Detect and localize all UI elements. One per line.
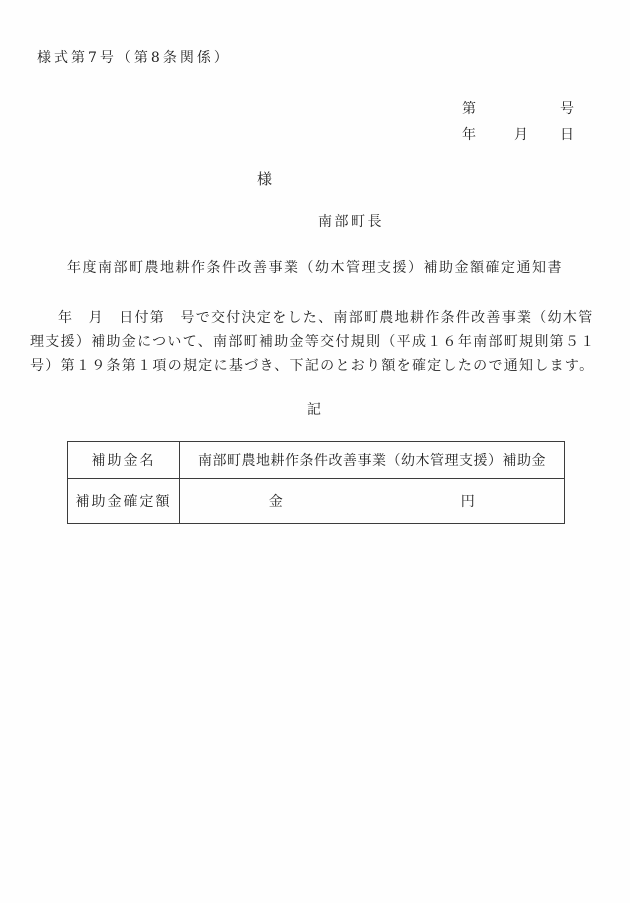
table-row: 補助金確定額 金 円 bbox=[68, 479, 565, 524]
subsidy-table: 補助金名 南部町農地耕作条件改善事業（幼木管理支援）補助金 補助金確定額 金 円 bbox=[67, 441, 565, 524]
row-label-cell: 補助金名 bbox=[68, 442, 180, 479]
body-line: 号）第１９条第１項の規定に基づき、下記のとおり額を確定したので通知します。 bbox=[30, 354, 602, 378]
date-year-label: 年 bbox=[462, 124, 476, 144]
date-day-label: 日 bbox=[560, 124, 574, 144]
doc-number-prefix: 第 bbox=[462, 98, 476, 118]
table-row: 補助金名 南部町農地耕作条件改善事業（幼木管理支援）補助金 bbox=[68, 442, 565, 479]
doc-number-suffix: 号 bbox=[560, 98, 574, 118]
amount-suffix: 円 bbox=[461, 491, 476, 511]
amount-cell-content: 金 円 bbox=[180, 491, 564, 511]
row-value-cell: 南部町農地耕作条件改善事業（幼木管理支援）補助金 bbox=[180, 442, 565, 479]
sender-title: 南部町長 bbox=[318, 211, 384, 231]
amount-prefix: 金 bbox=[269, 491, 284, 511]
document-page: 様式第7号（第8条関係） 第 号 年 月 日 様 南部町長 年度南部町農地耕作条… bbox=[0, 0, 630, 903]
addressee-honorific: 様 bbox=[257, 168, 272, 189]
row-value-cell: 金 円 bbox=[180, 479, 565, 524]
date-month-label: 月 bbox=[514, 124, 528, 144]
body-line: 年 月 日付第 号で交付決定をした、南部町農地耕作条件改善事業（幼木管 bbox=[30, 306, 602, 330]
record-heading: 記 bbox=[0, 399, 630, 419]
form-number: 様式第7号（第8条関係） bbox=[37, 47, 231, 67]
document-title: 年度南部町農地耕作条件改善事業（幼木管理支援）補助金額確定通知書 bbox=[0, 257, 630, 277]
body-paragraph: 年 月 日付第 号で交付決定をした、南部町農地耕作条件改善事業（幼木管 理支援）… bbox=[30, 306, 602, 378]
body-line: 理支援）補助金について、南部町補助金等交付規則（平成１６年南部町規則第５１ bbox=[30, 330, 602, 354]
row-label-cell: 補助金確定額 bbox=[68, 479, 180, 524]
